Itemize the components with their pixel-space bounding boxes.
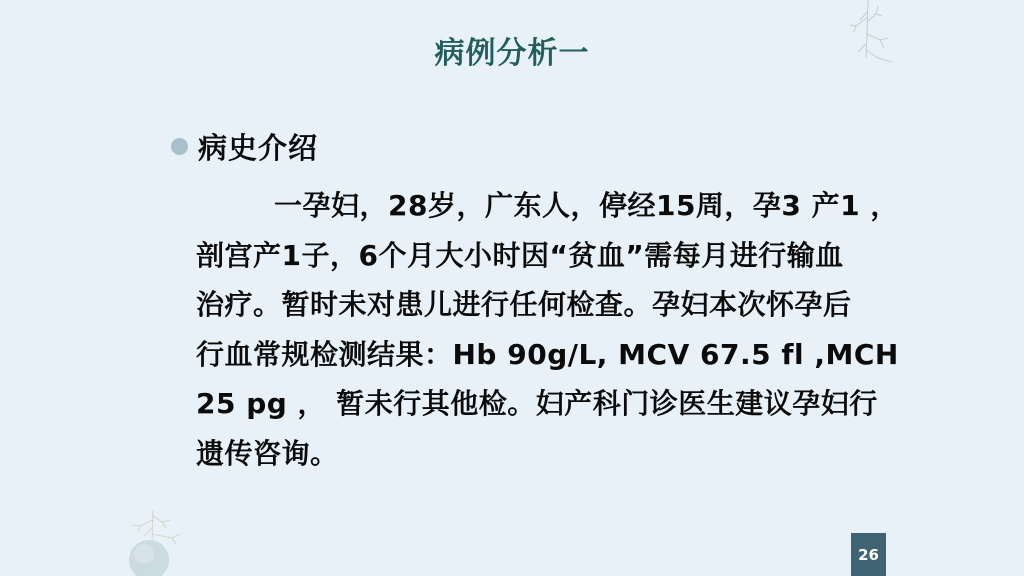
body-line: 治疗。暂时未对患儿进行任何检查。孕妇本次怀孕后 [196, 280, 876, 330]
body-line: 行血常规检测结果：Hb 90g/L, MCV 67.5 fl ,MCH [196, 330, 876, 380]
page-title: 病例分析一 [0, 28, 1024, 72]
slide: 病例分析一 病史介绍 一孕妇，28岁，广东人，停经15周，孕3 产1 ， 剖宫产… [0, 0, 1024, 576]
body-line: 遗传咨询。 [196, 429, 876, 479]
body-line: 一孕妇，28岁，广东人，停经15周，孕3 产1 ， [196, 181, 876, 231]
bullet-row: 病史介绍 [171, 126, 318, 167]
body-line: 剖宫产1子，6个月大小时因“贫血”需每月进行输血 [196, 231, 876, 281]
page-number-badge: 26 [851, 533, 886, 576]
section-heading: 病史介绍 [198, 126, 318, 167]
body-line: 25 pg ， 暂未行其他检。妇产科门诊医生建议孕妇行 [196, 379, 876, 429]
body-text: 一孕妇，28岁，广东人，停经15周，孕3 产1 ， 剖宫产1子，6个月大小时因“… [196, 181, 876, 478]
bullet-dot-icon [171, 138, 188, 155]
sphere-decoration-icon [108, 498, 208, 576]
